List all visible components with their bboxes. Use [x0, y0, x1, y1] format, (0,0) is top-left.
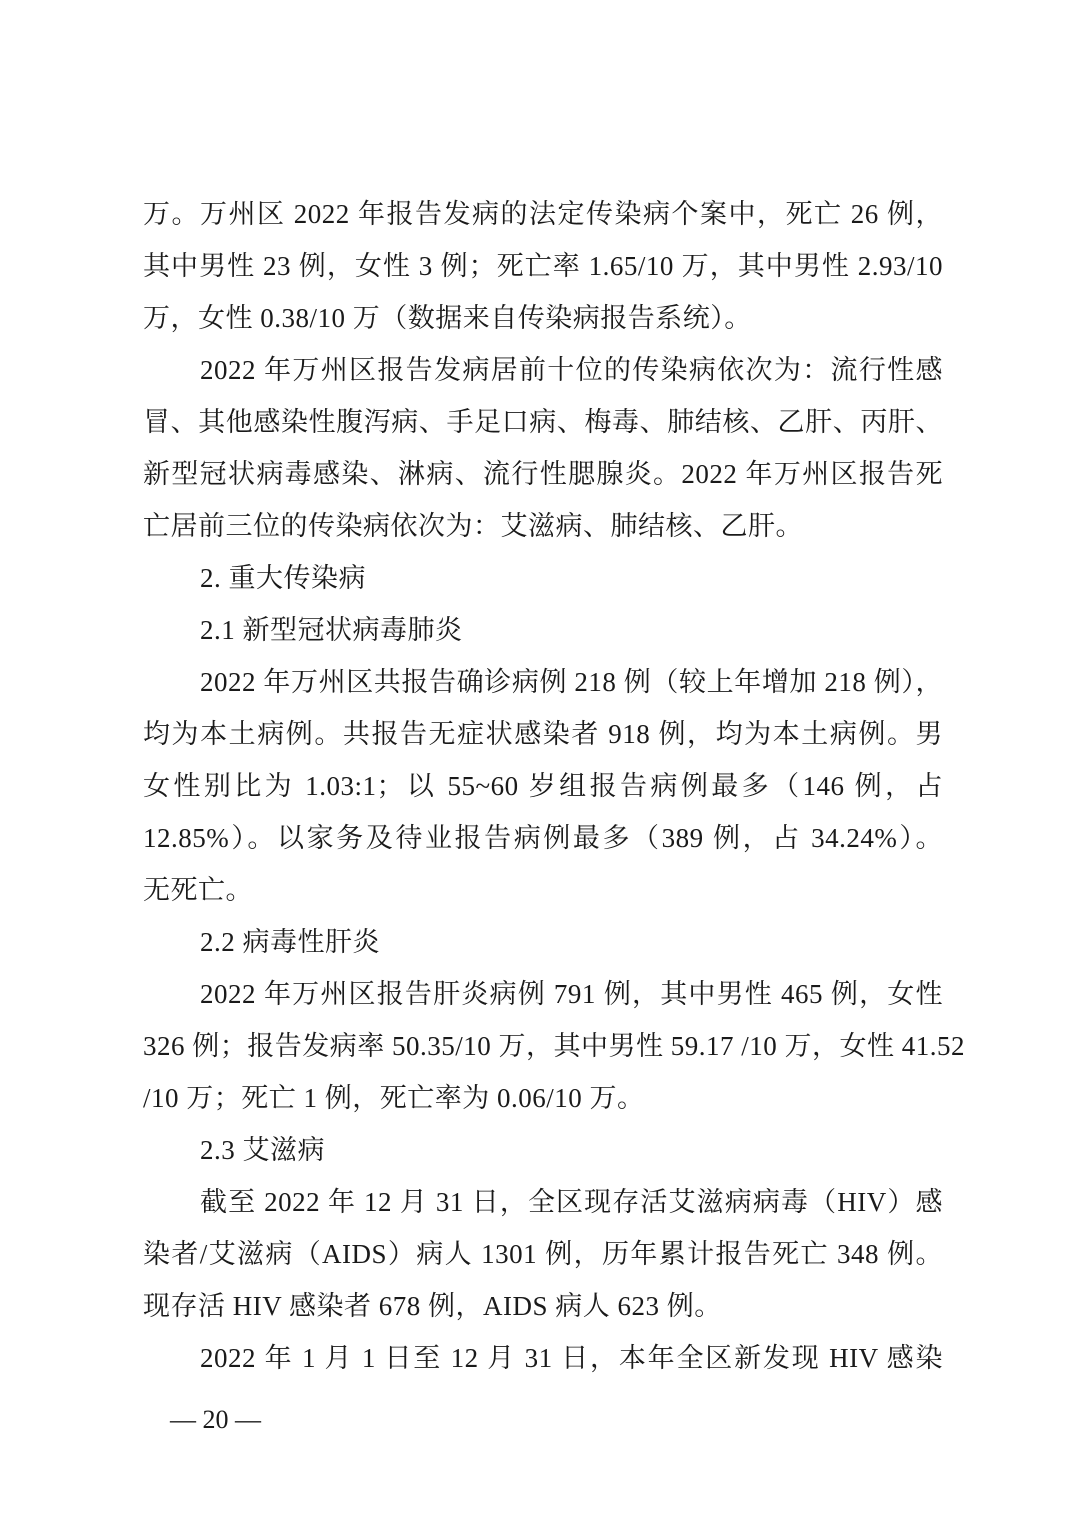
text-line: 万，女性 0.38/10 万（数据来自传染病报告系统）。: [143, 298, 943, 338]
document-page: 万。万州区 2022 年报告发病的法定传染病个案中，死亡 26 例， 其中男性 …: [0, 0, 1074, 1520]
text-line: 万。万州区 2022 年报告发病的法定传染病个案中，死亡 26 例，: [143, 194, 943, 234]
text-line: 2022 年 1 月 1 日至 12 月 31 日，本年全区新发现 HIV 感染: [200, 1338, 943, 1378]
text-line: 截至 2022 年 12 月 31 日，全区现存活艾滋病病毒（HIV）感: [200, 1182, 943, 1222]
subsection-heading: 2.1 新型冠状病毒肺炎: [200, 610, 943, 650]
text-line: 女性别比为 1.03:1；以 55~60 岁组报告病例最多（146 例，占: [143, 766, 943, 806]
text-line: 12.85%）。以家务及待业报告病例最多（389 例，占 34.24%）。: [143, 818, 943, 858]
text-line: 其中男性 23 例，女性 3 例；死亡率 1.65/10 万，其中男性 2.93…: [143, 246, 943, 286]
text-line: 326 例；报告发病率 50.35/10 万，其中男性 59.17 /10 万，…: [143, 1026, 943, 1066]
section-heading: 2. 重大传染病: [200, 558, 943, 598]
text-line: 亡居前三位的传染病依次为：艾滋病、肺结核、乙肝。: [143, 506, 943, 546]
text-line: 现存活 HIV 感染者 678 例，AIDS 病人 623 例。: [143, 1286, 943, 1326]
subsection-heading: 2.3 艾滋病: [200, 1130, 943, 1170]
text-line: 2022 年万州区报告发病居前十位的传染病依次为：流行性感: [200, 350, 943, 390]
text-line: 冒、其他感染性腹泻病、手足口病、梅毒、肺结核、乙肝、丙肝、: [143, 402, 943, 442]
text-line: 新型冠状病毒感染、淋病、流行性腮腺炎。2022 年万州区报告死: [143, 454, 943, 494]
text-line: 均为本土病例。共报告无症状感染者 918 例，均为本土病例。男: [143, 714, 943, 754]
text-line: 2022 年万州区报告肝炎病例 791 例，其中男性 465 例，女性: [200, 974, 943, 1014]
text-line: 染者/艾滋病（AIDS）病人 1301 例，历年累计报告死亡 348 例。: [143, 1234, 943, 1274]
text-line: 无死亡。: [143, 870, 943, 910]
text-line: /10 万；死亡 1 例，死亡率为 0.06/10 万。: [143, 1078, 943, 1118]
page-number: — 20 —: [170, 1402, 261, 1438]
text-line: 2022 年万州区共报告确诊病例 218 例（较上年增加 218 例），: [200, 662, 943, 702]
subsection-heading: 2.2 病毒性肝炎: [200, 922, 943, 962]
